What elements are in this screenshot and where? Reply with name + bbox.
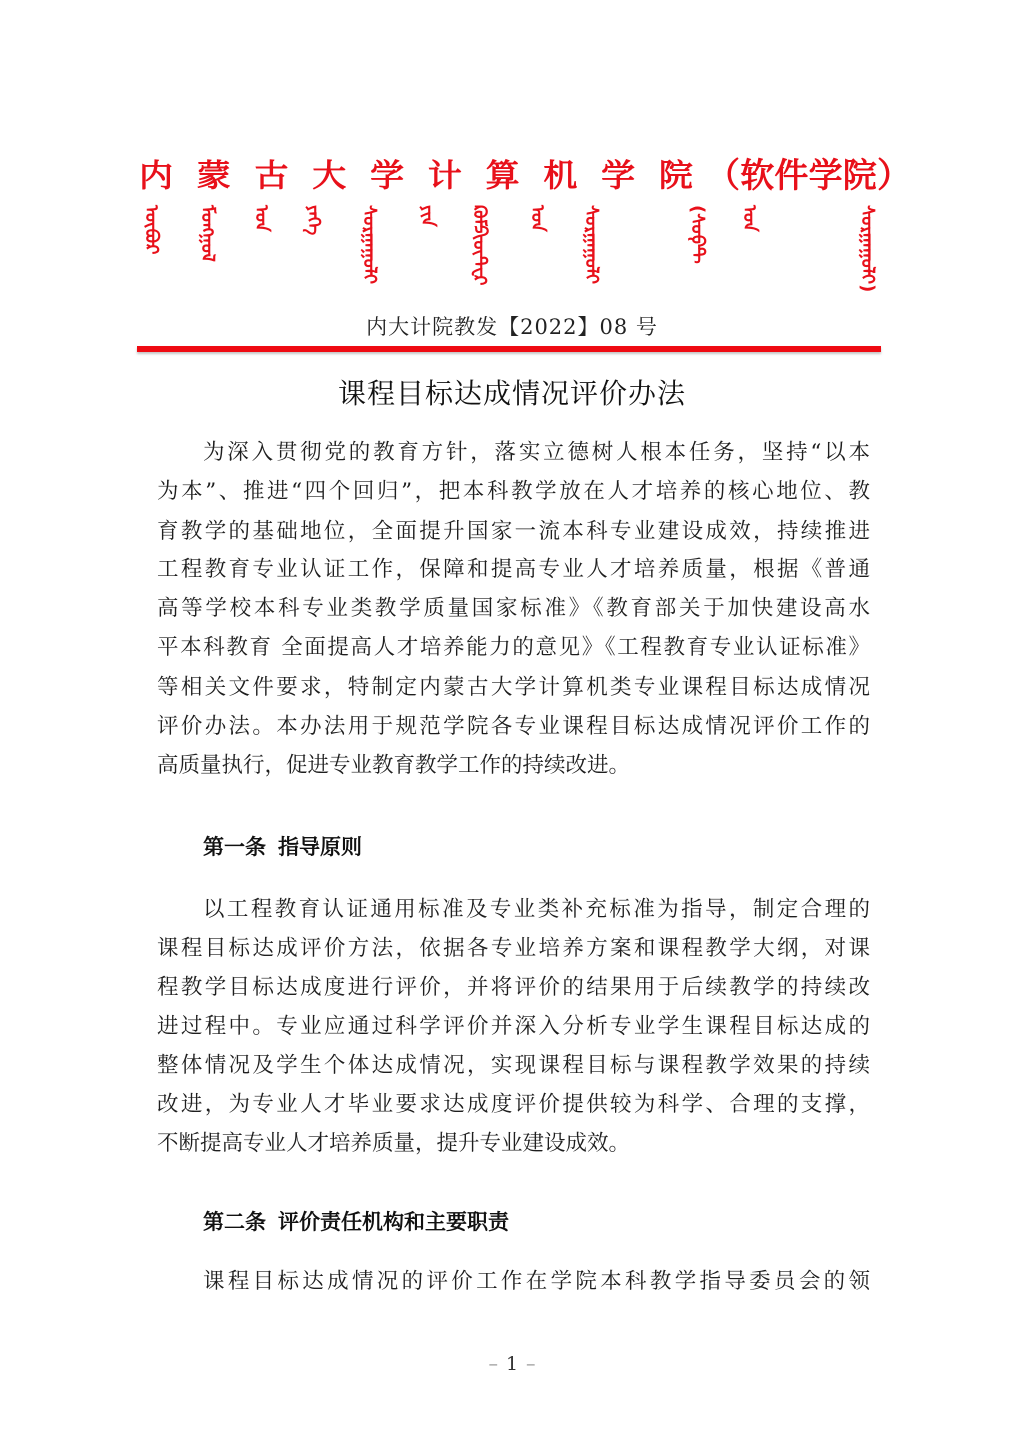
- org-char: 内: [136, 149, 176, 194]
- org-char: 机: [540, 149, 580, 194]
- org-char: 学: [809, 148, 843, 197]
- org-char: 院: [843, 148, 877, 197]
- paragraph-line: 以工程教育认证通用标准及专业类补充标准为指导，制定合理的: [203, 895, 870, 925]
- paragraph-line: 高质量执行，促进专业教育教学工作的持续改进。: [157, 751, 870, 781]
- mongolian-org-name: ᠥᠪᠦᠷ ᠮᠣᠩᠭᠣᠯ ᠤᠨ ᠶᠡᠬᠡ ᠰᠤᠷᠭᠠᠭᠤᠯᠢ ᠶᠢᠨ ᠺᠣᠮᠫᠢᠦ…: [136, 205, 911, 305]
- mongolian-word: ᠶᠡᠬᠡ: [304, 205, 322, 235]
- mongolian-word: (ᠰᠣᠹᠲ: [688, 205, 706, 264]
- mongolian-word: ᠰᠤᠷᠭᠠᠭᠤᠯᠢ): [858, 205, 876, 292]
- mongolian-word: ᠮᠣᠩᠭᠣᠯ: [198, 205, 216, 262]
- mongolian-word: ᠥᠪᠦᠷ: [142, 205, 160, 254]
- mongolian-word: ᠺᠣᠮᠫᠢᠦ᠋ᠲ᠋ᠧᠷ: [470, 205, 488, 285]
- section-heading-1: 第一条指导原则: [203, 832, 362, 862]
- paragraph-line: 不断提高专业人才培养质量，提升专业建设成效。: [157, 1129, 870, 1159]
- mongolian-word: ᠰᠤᠷᠭᠠᠭᠤᠯᠢ: [582, 205, 600, 284]
- org-char: 古: [252, 149, 292, 194]
- paragraph-line: 为深入贯彻党的教育方针，落实立德树人根本任务，坚持“以本: [203, 438, 870, 468]
- section-title: 指导原则: [278, 835, 362, 859]
- mongolian-word: ᠰᠤᠷᠭᠠᠭᠤᠯᠢ: [360, 205, 378, 284]
- org-name-header: 内 蒙 古 大 学 计 算 机 学 院 （ 软 件 学 院 ）: [136, 148, 911, 196]
- red-divider: [137, 346, 881, 352]
- paragraph-line: 育教学的基础地位，全面提升国家一流本科专业建设成效，持续推进: [157, 517, 870, 547]
- org-char: 学: [367, 149, 407, 194]
- mongolian-word: ᠤᠨ: [252, 205, 270, 232]
- page-number: 1: [506, 1353, 518, 1375]
- page-footer: –1–: [0, 1353, 1024, 1375]
- document-page: 内 蒙 古 大 学 计 算 机 学 院 （ 软 件 学 院 ） ᠥᠪᠦᠷ ᠮᠣᠩ…: [0, 0, 1024, 1448]
- paragraph-line: 进过程中。专业应通过科学评价并深入分析专业学生课程目标达成的: [157, 1012, 870, 1042]
- paragraph-line: 高等学校本科专业类教学质量国家标准》《教育部关于加快建设高水: [157, 594, 870, 624]
- org-char: 算: [483, 149, 523, 194]
- paragraph-line: 改进，为专业人才毕业要求达成度评价提供较为科学、合理的支撑，: [157, 1090, 870, 1120]
- paragraph-line: 程教学目标达成度进行评价，并将评价的结果用于后续教学的持续改: [157, 973, 870, 1003]
- footer-dash: –: [488, 1353, 498, 1375]
- org-char: （: [706, 148, 740, 197]
- paragraph-line: 整体情况及学生个体达成情况，实现课程目标与课程教学效果的持续: [157, 1051, 870, 1081]
- mongolian-word: ᠶᠢᠨ: [418, 205, 436, 227]
- org-char: 学: [598, 149, 638, 194]
- org-char: ）: [877, 148, 911, 197]
- org-char: 蒙: [194, 149, 234, 194]
- paragraph-line: 工程教育专业认证工作，保障和提高专业人才培养质量，根据《普通: [157, 555, 870, 585]
- mongolian-word: ᠤᠨ: [740, 205, 758, 232]
- paragraph-line: 课程目标达成情况的评价工作在学院本科教学指导委员会的领: [203, 1267, 870, 1297]
- paragraph-line: 评价办法。本办法用于规范学院各专业课程目标达成情况评价工作的: [157, 712, 870, 742]
- org-name-main: 内 蒙 古 大 学 计 算 机 学 院: [136, 148, 696, 197]
- document-title: 课程目标达成情况评价办法: [0, 372, 1024, 412]
- paragraph-line: 课程目标达成评价方法，依据各专业培养方案和课程教学大纲，对课: [157, 934, 870, 964]
- paragraph-line: 等相关文件要求，特制定内蒙古大学计算机类专业课程目标达成情况: [157, 673, 870, 703]
- section-number: 第二条: [203, 1210, 266, 1234]
- section-number: 第一条: [203, 835, 266, 859]
- mongolian-word: ᠤᠨ: [528, 205, 546, 232]
- org-char: 软: [740, 148, 774, 197]
- footer-dash: –: [526, 1353, 536, 1375]
- org-char: 大: [309, 149, 349, 194]
- paragraph-line: 平本科教育 全面提高人才培养能力的意见》《工程教育专业认证标准》: [157, 633, 870, 663]
- org-char: 件: [774, 148, 808, 197]
- org-char: 计: [425, 149, 465, 194]
- org-char: 院: [656, 149, 696, 194]
- section-title: 评价责任机构和主要职责: [278, 1210, 509, 1234]
- org-name-sub: （ 软 件 学 院 ）: [706, 148, 911, 197]
- paragraph-line: 为本”、推进“四个回归”，把本科教学放在人才培养的核心地位、教: [157, 477, 870, 507]
- document-number: 内大计院教发【2022】08 号: [0, 311, 1024, 341]
- section-heading-2: 第二条评价责任机构和主要职责: [203, 1207, 509, 1237]
